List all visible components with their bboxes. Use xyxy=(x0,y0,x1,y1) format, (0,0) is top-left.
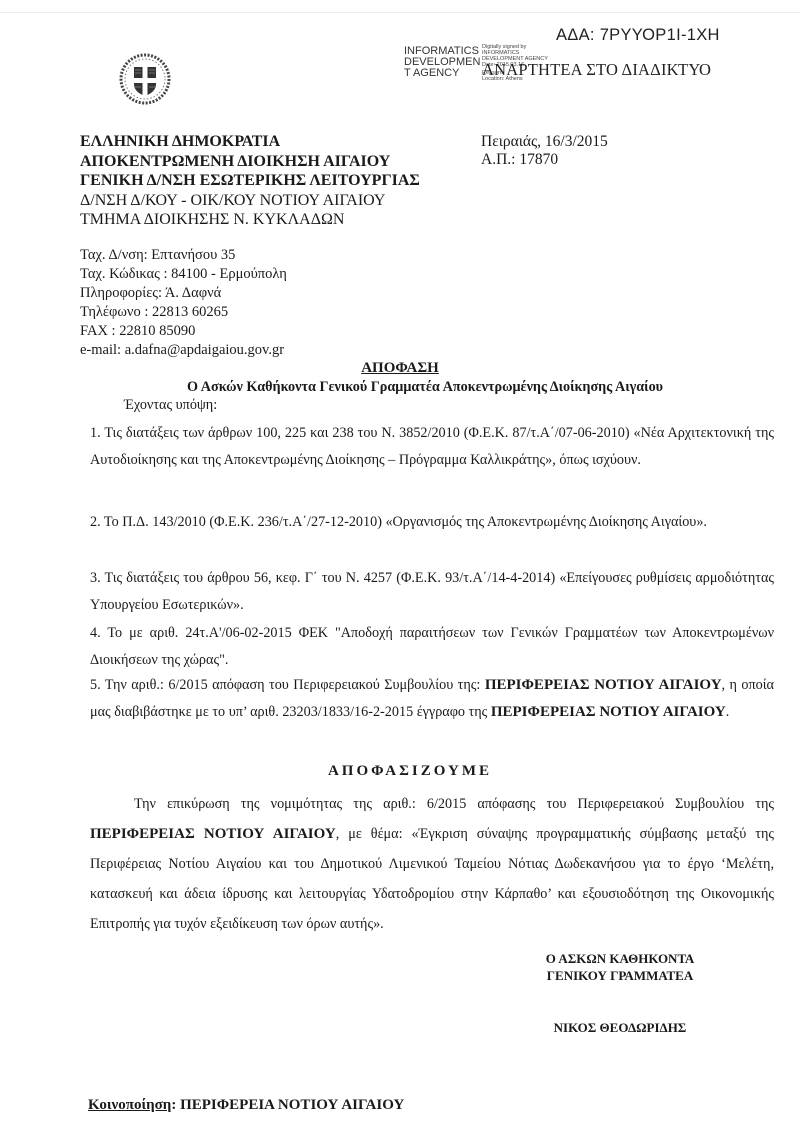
having-regard-label: Έχοντας υπόψη: xyxy=(124,397,217,414)
postal-code: Ταχ. Κώδικας : 84100 - Ερμούπολη xyxy=(80,265,287,284)
signatory-name: ΝΙΚΟΣ ΘΕΟΔΩΡΙΔΗΣ xyxy=(490,1020,750,1036)
decision-body-text: Την επικύρωση της νομιμότητας της αριθ.:… xyxy=(134,796,774,812)
place-date-block: Πειραιάς, 16/3/2015 Α.Π.: 17870 xyxy=(481,133,608,169)
recital-1: 1. Τις διατάξεις των άρθρων 100, 225 και… xyxy=(90,420,774,474)
signatory-role-line: Ο ΑΣΚΩΝ ΚΑΘΗΚΟΝΤΑ xyxy=(490,950,750,967)
publish-online-note: ΑΝΑΡΤΗΤΕΑ ΣΤΟ ΔΙΑΔΙΚΤΥΟ xyxy=(482,60,711,80)
recital-5: 5. Την αριθ.: 6/2015 απόφαση του Περιφερ… xyxy=(90,672,774,726)
signatory-role-line: ΓΕΝΙΚΟΥ ΓΡΑΜΜΑΤΕΑ xyxy=(490,967,750,984)
ada-code: ΑΔΑ: 7ΡΥΥΟΡ1Ι-1ΧΗ xyxy=(556,26,720,45)
recital-2: 2. Το Π.Δ. 143/2010 (Φ.Ε.Κ. 236/τ.Α΄/27-… xyxy=(90,509,774,536)
region-name: ΠΕΡΙΦΕΡΕΙΑΣ ΝΟΤΙΟΥ ΑΙΓΑΙΟΥ xyxy=(90,826,336,842)
phone-number: Τηλέφωνο : 22813 60265 xyxy=(80,303,287,322)
fax-number: FAX : 22810 85090 xyxy=(80,322,287,341)
recital-5-text: 5. Την αριθ.: 6/2015 απόφαση του Περιφερ… xyxy=(90,677,485,693)
authority-line: ΤΜΗΜΑ ΔΙΟΙΚΗΣΗΣ Ν. ΚΥΚΛΑΔΩΝ xyxy=(80,210,420,230)
recital-5-text: . xyxy=(726,704,730,720)
region-name: ΠΕΡΙΦΕΡΕΙΑΣ ΝΟΤΙΟΥ ΑΙΓΑΙΟΥ xyxy=(491,704,726,720)
notification-separator: : xyxy=(171,1097,180,1113)
issuing-authority: ΕΛΛΗΝΙΚΗ ΔΗΜΟΚΡΑΤΙΑ ΑΠΟΚΕΝΤΡΩΜΕΝΗ ΔΙΟΙΚΗ… xyxy=(80,132,420,230)
postal-address: Ταχ. Δ/νση: Επτανήσου 35 xyxy=(80,246,287,265)
contact-details: Ταχ. Δ/νση: Επτανήσου 35 Ταχ. Κώδικας : … xyxy=(80,246,287,360)
signer-organization: INFORMATICS DEVELOPMEN T AGENCY xyxy=(404,46,480,79)
we-decide-heading: ΑΠΟΦΑΣΙΖΟΥΜΕ xyxy=(0,763,800,780)
page-edge-line xyxy=(0,12,800,13)
place-date: Πειραιάς, 16/3/2015 xyxy=(481,133,608,151)
notification: Κοινοποίηση: ΠΕΡΙΦΕΡΕΙΑ ΝΟΤΙΟΥ ΑΙΓΑΙΟΥ xyxy=(88,1097,404,1114)
information-contact: Πληροφορίες: Ά. Δαφνά xyxy=(80,284,287,303)
signer-org-line: T AGENCY xyxy=(404,68,480,79)
protocol-number: Α.Π.: 17870 xyxy=(481,151,608,169)
recital-4: 4. Το με αριθ. 24τ.Α'/06-02-2015 ΦΕΚ "Απ… xyxy=(90,620,774,674)
authority-line: ΕΛΛΗΝΙΚΗ ΔΗΜΟΚΡΑΤΙΑ xyxy=(80,132,420,152)
notification-recipient: ΠΕΡΙΦΕΡΕΙΑ ΝΟΤΙΟΥ ΑΙΓΑΙΟΥ xyxy=(180,1097,404,1113)
authority-line: ΓΕΝΙΚΗ Δ/ΝΣΗ ΕΣΩΤΕΡΙΚΗΣ ΛΕΙΤΟΥΡΓΙΑΣ xyxy=(80,171,420,191)
decision-body: Την επικύρωση της νομιμότητας της αριθ.:… xyxy=(90,789,774,939)
recital-3: 3. Τις διατάξεις του άρθρου 56, κεφ. Γ΄ … xyxy=(90,565,774,619)
decision-subtitle: Ο Ασκών Καθήκοντα Γενικού Γραμματέα Αποκ… xyxy=(0,379,800,396)
signatory-role: Ο ΑΣΚΩΝ ΚΑΘΗΚΟΝΤΑ ΓΕΝΙΚΟΥ ΓΡΑΜΜΑΤΕΑ xyxy=(490,950,750,984)
coat-of-arms-icon xyxy=(117,51,173,107)
notification-label: Κοινοποίηση xyxy=(88,1097,171,1113)
region-name: ΠΕΡΙΦΕΡΕΙΑΣ ΝΟΤΙΟΥ ΑΙΓΑΙΟΥ xyxy=(485,677,722,693)
email-address: e-mail: a.dafna@apdaigaiou.gov.gr xyxy=(80,341,287,360)
decision-title: ΑΠΟΦΑΣΗ xyxy=(0,360,800,377)
authority-line: Δ/ΝΣΗ Δ/ΚΟΥ - ΟΙΚ/ΚΟΥ ΝΟΤΙΟΥ ΑΙΓΑΙΟΥ xyxy=(80,191,420,211)
authority-line: ΑΠΟΚΕΝΤΡΩΜΕΝΗ ΔΙΟΙΚΗΣΗ ΑΙΓΑΙΟΥ xyxy=(80,152,420,172)
